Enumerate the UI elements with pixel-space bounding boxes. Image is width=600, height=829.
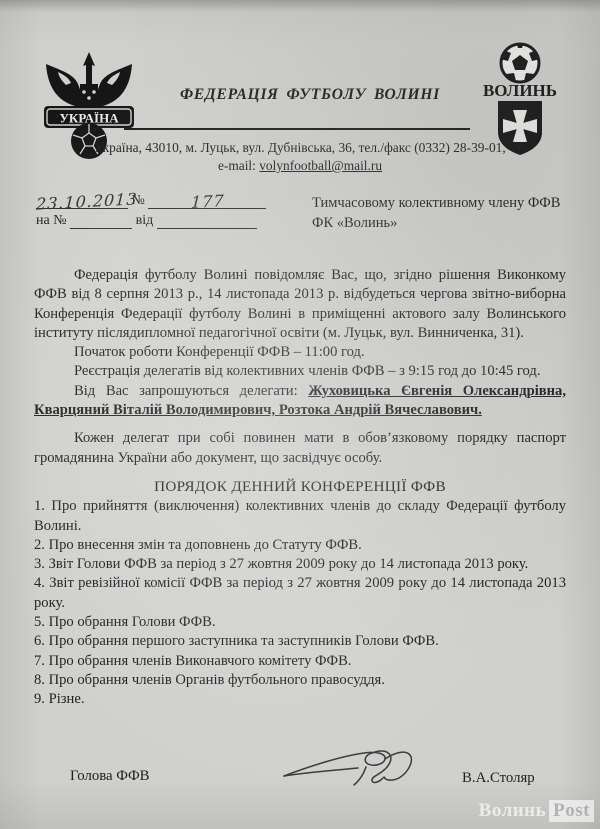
email-link[interactable]: volynfootball@mail.ru <box>259 158 382 173</box>
watermark-post: Post <box>549 800 594 822</box>
handwritten-date: 23.10.2013 <box>36 189 138 213</box>
delegates-intro: Від Вас запрошуються делегати: <box>74 383 308 399</box>
agenda-item-1: 1. Про прийняття (виключення) колективни… <box>34 497 566 536</box>
agenda-item-6: 6. Про обрання першого заступника та зас… <box>34 632 566 651</box>
letter-body: Федерація футболу Волині повідомляє Вас,… <box>34 266 566 710</box>
addressee-line2: ФК «Волинь» <box>312 213 574 233</box>
paragraph-announcement: Федерація футболу Волині повідомляє Вас,… <box>34 266 566 343</box>
date-line: 23.10.2013 <box>36 192 128 209</box>
handwritten-signature-icon <box>280 740 430 800</box>
watermark-volyn: Волинь <box>479 800 547 821</box>
agenda-item-3: 3. Звіт Голови ФФВ за період з 27 жовтня… <box>34 555 566 574</box>
addressee-block: Тимчасовому колективному члену ФФВ ФК «В… <box>312 193 574 233</box>
signatory-name: В.А.Столяр <box>462 770 535 787</box>
ref-row-reply: на № від <box>36 212 296 229</box>
address-line: Україна, 43010, м. Луцьк, вул. Дубнівськ… <box>50 139 550 157</box>
reference-block: 23.10.2013 № 177 на № від <box>36 192 296 229</box>
email-label: e-mail: <box>218 158 259 173</box>
agenda-item-5: 5. Про обрання Голови ФФВ. <box>34 613 566 632</box>
signatory-position: Голова ФФВ <box>70 768 150 785</box>
na-label: на № <box>36 213 67 228</box>
paragraph-passport: Кожен делегат при собі повинен мати в об… <box>34 429 566 468</box>
agenda-heading: ПОРЯДОК ДЕННИЙ КОНФЕРЕНЦІЇ ФФВ <box>34 477 566 496</box>
vid-label: від <box>136 213 154 228</box>
reply-number-line <box>70 212 132 229</box>
paragraph-start-time: Початок роботи Конференції ФФВ – 11:00 г… <box>34 343 566 362</box>
reply-date-line <box>157 212 257 229</box>
number-line: 177 <box>148 192 266 209</box>
agenda-item-4: 4. Звіт ревізійної комісії ФФВ за період… <box>34 574 566 613</box>
agenda-item-8: 8. Про обрання членів Органів футбольног… <box>34 671 566 690</box>
addressee-line1: Тимчасовому колективному члену ФФВ <box>312 193 574 213</box>
paragraph-delegates: Від Вас запрошуються делегати: Жуховицьк… <box>34 382 566 421</box>
volynpost-watermark: ВолиньPost <box>479 800 594 822</box>
scanned-letter: УКРАЇНА ВОЛИНЬ <box>0 0 600 829</box>
paragraph-registration: Реєстрація делегатів від колективних чле… <box>34 362 566 381</box>
agenda-item-7: 7. Про обрання членів Виконавчого коміте… <box>34 652 566 671</box>
federation-title: ФЕДЕРАЦІЯ ФУТБОЛУ ВОЛИНІ <box>140 86 480 104</box>
ref-row-date: 23.10.2013 № 177 <box>36 192 296 209</box>
agenda-item-2: 2. Про внесення змін та доповнень до Ста… <box>34 536 566 555</box>
address-block: Україна, 43010, м. Луцьк, вул. Дубнівськ… <box>50 139 550 175</box>
handwritten-number: 177 <box>190 191 225 212</box>
header-divider <box>124 128 470 130</box>
volyn-club-label: ВОЛИНЬ <box>483 81 557 100</box>
email-line: e-mail: volynfootball@mail.ru <box>50 157 550 175</box>
agenda-item-9: 9. Різне. <box>34 690 566 709</box>
